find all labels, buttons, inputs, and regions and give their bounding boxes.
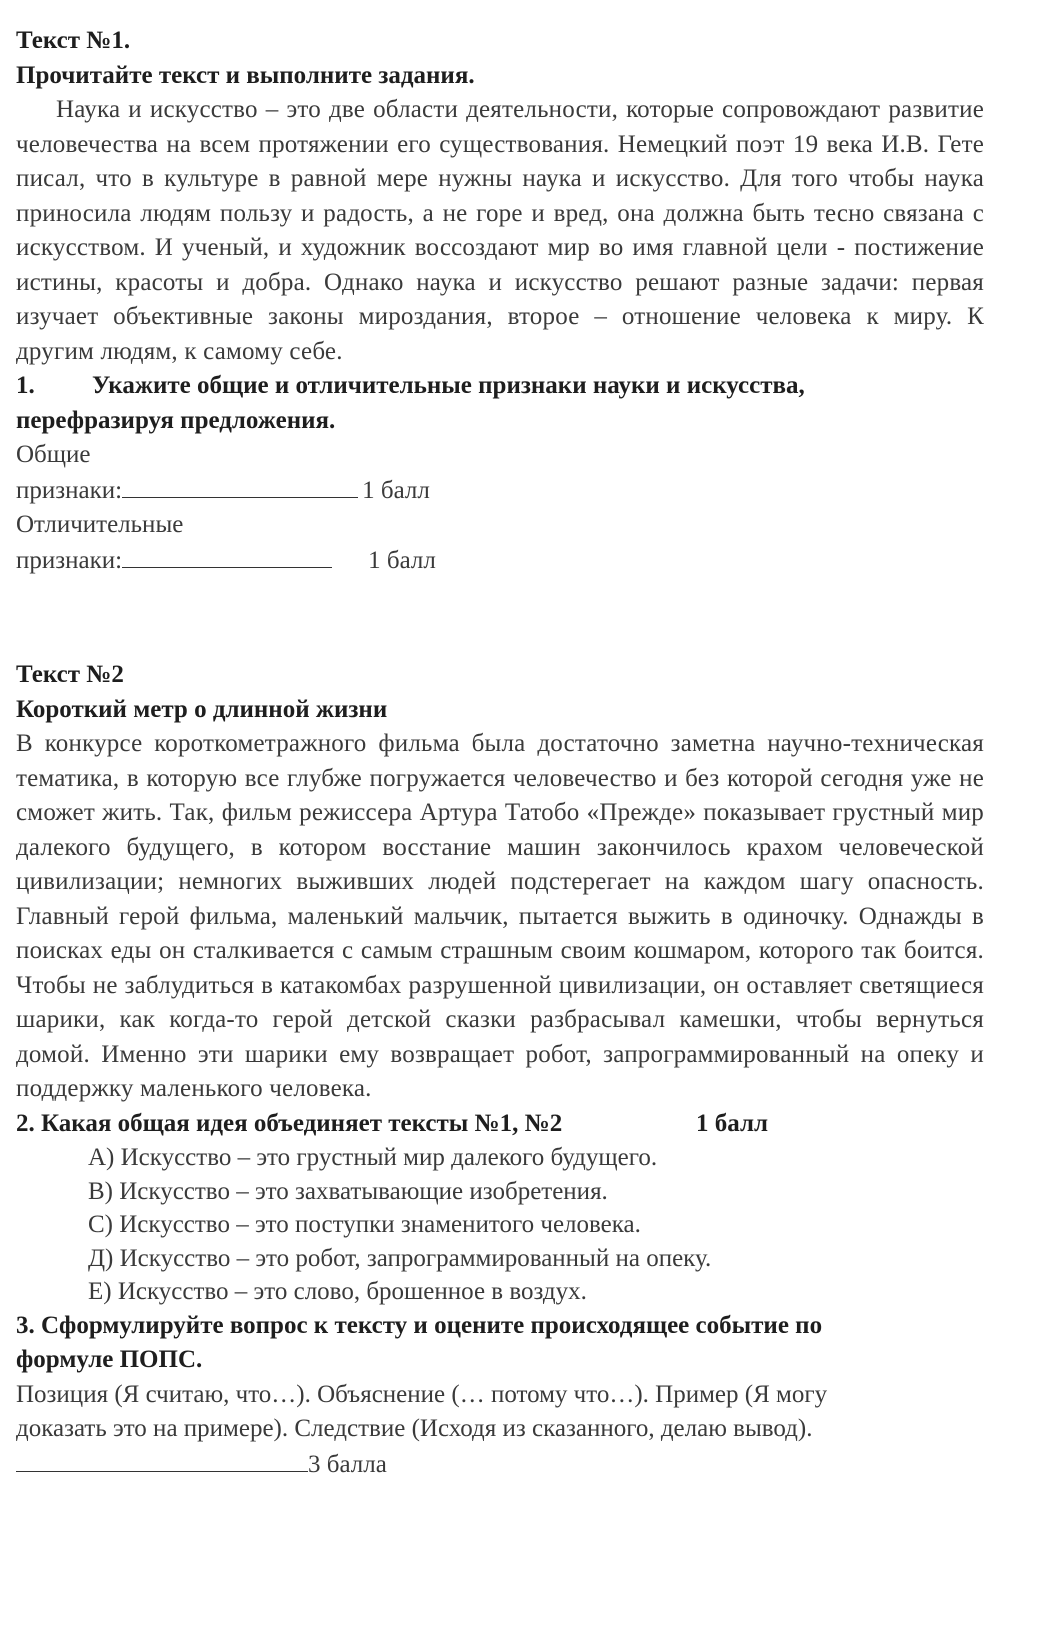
task3-hint-line2: доказать это на примере). Следствие (Исх… — [16, 1412, 984, 1447]
task2-option-b[interactable]: В) Искусство – это захватывающие изобрет… — [16, 1175, 984, 1209]
text2-heading: Текст №2 — [16, 658, 984, 693]
task2-option-d[interactable]: Д) Искусство – это робот, запрограммиров… — [16, 1242, 984, 1276]
task2-question: 2. Какая общая идея объединяет тексты №1… — [16, 1107, 696, 1142]
task3-question-line2: формуле ПОПС. — [16, 1343, 984, 1378]
common-features-label: Общие — [16, 438, 984, 473]
text1-instruction: Прочитайте текст и выполните задания. — [16, 59, 984, 94]
task2-question-row: 2. Какая общая идея объединяет тексты №1… — [16, 1107, 984, 1142]
common-features-answer-blank[interactable] — [122, 473, 358, 498]
task1-number: 1. — [16, 369, 92, 404]
distinct-features-label: Отличительные — [16, 508, 984, 543]
task2-option-c[interactable]: С) Искусство – это поступки знаменитого … — [16, 1208, 984, 1242]
common-features-row: признаки:1 балл — [16, 473, 984, 509]
task3-score: 3 балла — [308, 1451, 387, 1478]
text1-heading: Текст №1. — [16, 24, 984, 59]
text2-title: Короткий метр о длинной жизни — [16, 693, 984, 728]
task3-answer-blank[interactable] — [16, 1447, 308, 1472]
text1-paragraph: Наука и искусство – это две области деят… — [16, 93, 984, 369]
worksheet-page: Текст №1. Прочитайте текст и выполните з… — [0, 0, 1040, 1482]
task1-prompt: 1.Укажите общие и отличительные признаки… — [16, 369, 984, 404]
distinct-features-score: 1 балл — [368, 547, 436, 574]
task2-score: 1 балл — [696, 1107, 768, 1142]
distinct-features-answer-blank[interactable] — [122, 543, 332, 568]
text2-paragraph: В конкурсе короткометражного фильма была… — [16, 727, 984, 1107]
section-gap — [16, 578, 984, 658]
task2-option-a[interactable]: А) Искусство – это грустный мир далекого… — [16, 1141, 984, 1175]
task3-question-line1: 3. Сформулируйте вопрос к тексту и оцени… — [16, 1309, 984, 1344]
distinct-features-row: признаки:1 балл — [16, 543, 984, 579]
task1-prompt-line1: Укажите общие и отличительные признаки н… — [92, 372, 805, 399]
task2-option-e[interactable]: Е) Искусство – это слово, брошенное в во… — [16, 1275, 984, 1309]
common-features-label-cont: признаки: — [16, 477, 122, 504]
task1-prompt-line2: перефразируя предложения. — [16, 404, 984, 439]
task3-hint-line1: Позиция (Я считаю, что…). Объяснение (… … — [16, 1378, 984, 1413]
task3-answer-row: 3 балла — [16, 1447, 984, 1483]
distinct-features-label-cont: признаки: — [16, 547, 122, 574]
common-features-score: 1 балл — [362, 477, 430, 504]
